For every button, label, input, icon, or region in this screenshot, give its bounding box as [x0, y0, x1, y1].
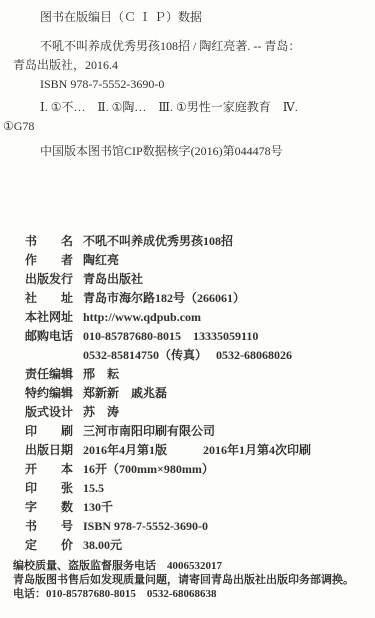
- colophon-row-responsible-editor: 责任编辑 邢 耘: [25, 365, 367, 384]
- colophon-row-website: 本社网址 http://www.qdpub.com: [25, 308, 367, 327]
- row-value: 0532-85814750（传真） 0532-68068026: [83, 346, 292, 365]
- copyright-page: 图书在版编目（Ｃ Ｉ Ｐ）数据 不吼不叫养成优秀男孩108招 / 陶红亮著. -…: [0, 0, 375, 618]
- cip-record-number-line: 中国版本图书馆CIP数据核字(2016)第044478号: [0, 142, 375, 161]
- row-label: 印 刷: [25, 422, 73, 441]
- row-label: 书 号: [25, 517, 73, 536]
- colophon-row-printer: 印 刷 三河市南阳印刷有限公司: [25, 422, 367, 441]
- colophon-row-price: 定 价 38.00元: [25, 536, 367, 555]
- row-value: 15.5: [83, 479, 104, 498]
- row-label: [25, 346, 73, 365]
- row-label: 责任编辑: [25, 365, 73, 384]
- colophon-row-author: 作 者 陶红亮: [25, 251, 367, 270]
- colophon-row-publisher: 出版发行 青岛出版社: [25, 270, 367, 289]
- colophon-row-address: 社 址 青岛市海尔路182号（266061）: [25, 289, 367, 308]
- colophon-row-book-title: 书 名 不吼不叫养成优秀男孩108招: [25, 232, 367, 251]
- row-label: 社 址: [25, 289, 73, 308]
- row-value: 青岛市海尔路182号（266061）: [83, 289, 245, 308]
- quality-notice-block: 编校质量、盗版监督服务电话 4006532017 青岛版图书售后如发现质量问题，…: [0, 559, 375, 601]
- row-label: 版式设计: [25, 403, 73, 422]
- row-label: 开 本: [25, 460, 73, 479]
- cip-data-block: 图书在版编目（Ｃ Ｉ Ｐ）数据 不吼不叫养成优秀男孩108招 / 陶红亮著. -…: [0, 8, 375, 161]
- row-label: 作 者: [25, 251, 73, 270]
- row-label: 邮购电话: [25, 327, 73, 346]
- row-value: 38.00元: [83, 536, 122, 555]
- row-label: 印 张: [25, 479, 73, 498]
- row-label: 本社网址: [25, 308, 73, 327]
- row-value: 不吼不叫养成优秀男孩108招: [83, 232, 233, 251]
- cip-title-line: 不吼不叫养成优秀男孩108招 / 陶红亮著. -- 青岛：: [0, 37, 375, 56]
- row-label: 书 名: [25, 232, 73, 251]
- colophon-row-format: 开 本 16开（700mm×980mm）: [25, 460, 367, 479]
- cip-isbn-line: ISBN 978-7-5552-3690-0: [0, 75, 375, 94]
- cip-classification-line: Ⅰ. ①不… Ⅱ. ①陶… Ⅲ. ①男性一家庭教育 Ⅳ.: [0, 98, 375, 117]
- colophon-row-fax-phone: 0532-85814750（传真） 0532-68068026: [25, 346, 367, 365]
- colophon-table: 书 名 不吼不叫养成优秀男孩108招 作 者 陶红亮 出版发行 青岛出版社 社 …: [0, 232, 375, 555]
- row-value: 陶红亮: [83, 251, 119, 270]
- colophon-row-publication-date: 出版日期 2016年4月第1版 2016年1月第4次印刷: [25, 441, 367, 460]
- row-value: 130千: [83, 498, 113, 517]
- row-label: 出版发行: [25, 270, 73, 289]
- row-value: 苏 涛: [83, 403, 119, 422]
- colophon-row-word-count: 字 数 130千: [25, 498, 367, 517]
- colophon-row-printed-sheets: 印 张 15.5: [25, 479, 367, 498]
- cip-class-code-line: ①G78: [0, 117, 375, 136]
- row-value: 三河市南阳印刷有限公司: [83, 422, 215, 441]
- colophon-row-special-editors: 特约编辑 郑新新 戚兆磊: [25, 384, 367, 403]
- row-value: 邢 耘: [83, 365, 119, 384]
- quality-hotline-line: 编校质量、盗版监督服务电话 4006532017: [13, 559, 369, 573]
- colophon-row-layout-designer: 版式设计 苏 涛: [25, 403, 367, 422]
- row-value: ISBN 978-7-5552-3690-0: [83, 517, 208, 536]
- cip-heading: 图书在版编目（Ｃ Ｉ Ｐ）数据: [0, 8, 375, 27]
- row-value: 郑新新 戚兆磊: [83, 384, 167, 403]
- contact-phone-line: 电话：010-85787680-8015 0532-68068638: [13, 587, 369, 601]
- colophon-row-isbn: 书 号 ISBN 978-7-5552-3690-0: [25, 517, 367, 536]
- return-notice-line: 青岛版图书售后如发现质量问题，请寄回青岛出版社出版印务部调换。: [13, 573, 369, 587]
- row-value: 16开（700mm×980mm）: [83, 460, 214, 479]
- row-label: 出版日期: [25, 441, 73, 460]
- row-value: 2016年4月第1版 2016年1月第4次印刷: [83, 441, 311, 460]
- cip-publisher-line: 青岛出版社，2016.4: [0, 56, 375, 75]
- row-label: 特约编辑: [25, 384, 73, 403]
- row-value: 010-85787680-8015 13335059110: [83, 327, 258, 346]
- row-value: http://www.qdpub.com: [83, 308, 201, 327]
- colophon-row-mail-order-phone: 邮购电话 010-85787680-8015 13335059110: [25, 327, 367, 346]
- row-label: 定 价: [25, 536, 73, 555]
- row-label: 字 数: [25, 498, 73, 517]
- row-value: 青岛出版社: [83, 270, 143, 289]
